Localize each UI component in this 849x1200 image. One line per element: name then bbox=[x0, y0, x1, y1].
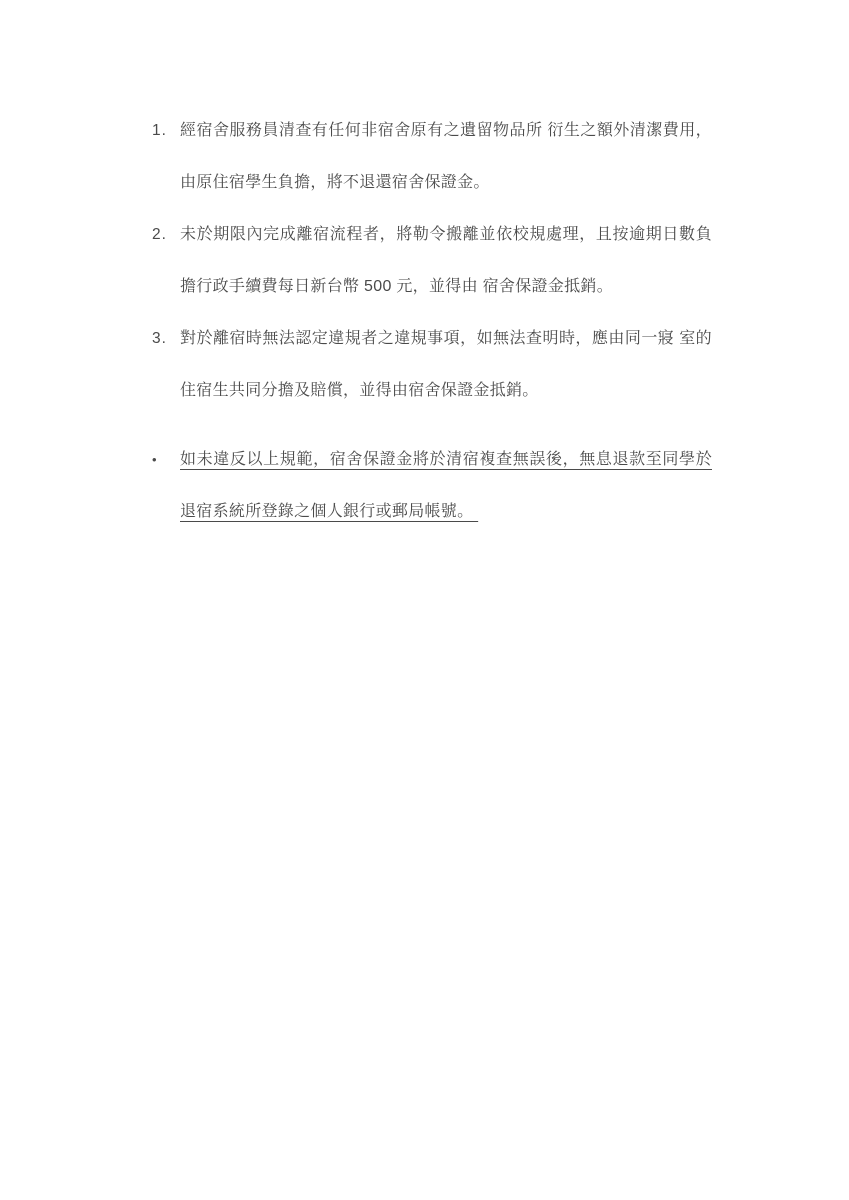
text-line: 由原住宿學生負擔，將不退還宿舍保證金。 bbox=[180, 157, 712, 209]
underlined-text-line: 退宿系統所登錄之個人銀行或郵局帳號。 bbox=[180, 486, 712, 538]
list-item-text: 對於離宿時無法認定違規者之違規事項，如無法查明時，應由同一寢 室的 住宿生共同分… bbox=[180, 313, 712, 417]
numbered-item-3: 3. 對於離宿時無法認定違規者之違規事項，如無法查明時，應由同一寢 室的 住宿生… bbox=[0, 313, 849, 417]
list-item-text: 經宿舍服務員清查有任何非宿舍原有之遺留物品所 衍生之額外清潔費用， 由原住宿學生… bbox=[180, 105, 712, 209]
list-number: 2. bbox=[152, 209, 180, 261]
text-line: 未於期限內完成離宿流程者，將勒令搬離並依校規處理，且按逾期日數負 bbox=[180, 209, 712, 261]
text-line: 經宿舍服務員清查有任何非宿舍原有之遺留物品所 衍生之額外清潔費用， bbox=[180, 105, 712, 157]
list-number: 3. bbox=[152, 313, 180, 365]
numbered-item-1: 1. 經宿舍服務員清查有任何非宿舍原有之遺留物品所 衍生之額外清潔費用， 由原住… bbox=[0, 105, 849, 209]
text-line: 擔行政手續費每日新台幣 500 元，並得由 宿舍保證金抵銷。 bbox=[180, 261, 712, 313]
numbered-item-2: 2. 未於期限內完成離宿流程者，將勒令搬離並依校規處理，且按逾期日數負 擔行政手… bbox=[0, 209, 849, 313]
list-item-text: 未於期限內完成離宿流程者，將勒令搬離並依校規處理，且按逾期日數負 擔行政手續費每… bbox=[180, 209, 712, 313]
list-number: 1. bbox=[152, 105, 180, 157]
text-line: 對於離宿時無法認定違規者之違規事項，如無法查明時，應由同一寢 室的 bbox=[180, 313, 712, 365]
bullet-item: • 如未違反以上規範，宿舍保證金將於清宿複查無誤後，無息退款至同學於 退宿系統所… bbox=[0, 434, 849, 538]
underlined-text-line: 如未違反以上規範，宿舍保證金將於清宿複查無誤後，無息退款至同學於 bbox=[180, 434, 712, 486]
document-page: 1. 經宿舍服務員清查有任何非宿舍原有之遺留物品所 衍生之額外清潔費用， 由原住… bbox=[0, 0, 849, 1200]
bullet-item-text: 如未違反以上規範，宿舍保證金將於清宿複查無誤後，無息退款至同學於 退宿系統所登錄… bbox=[180, 434, 712, 538]
bullet-icon: • bbox=[152, 434, 180, 486]
text-line: 住宿生共同分擔及賠償，並得由宿舍保證金抵銷。 bbox=[180, 365, 712, 417]
